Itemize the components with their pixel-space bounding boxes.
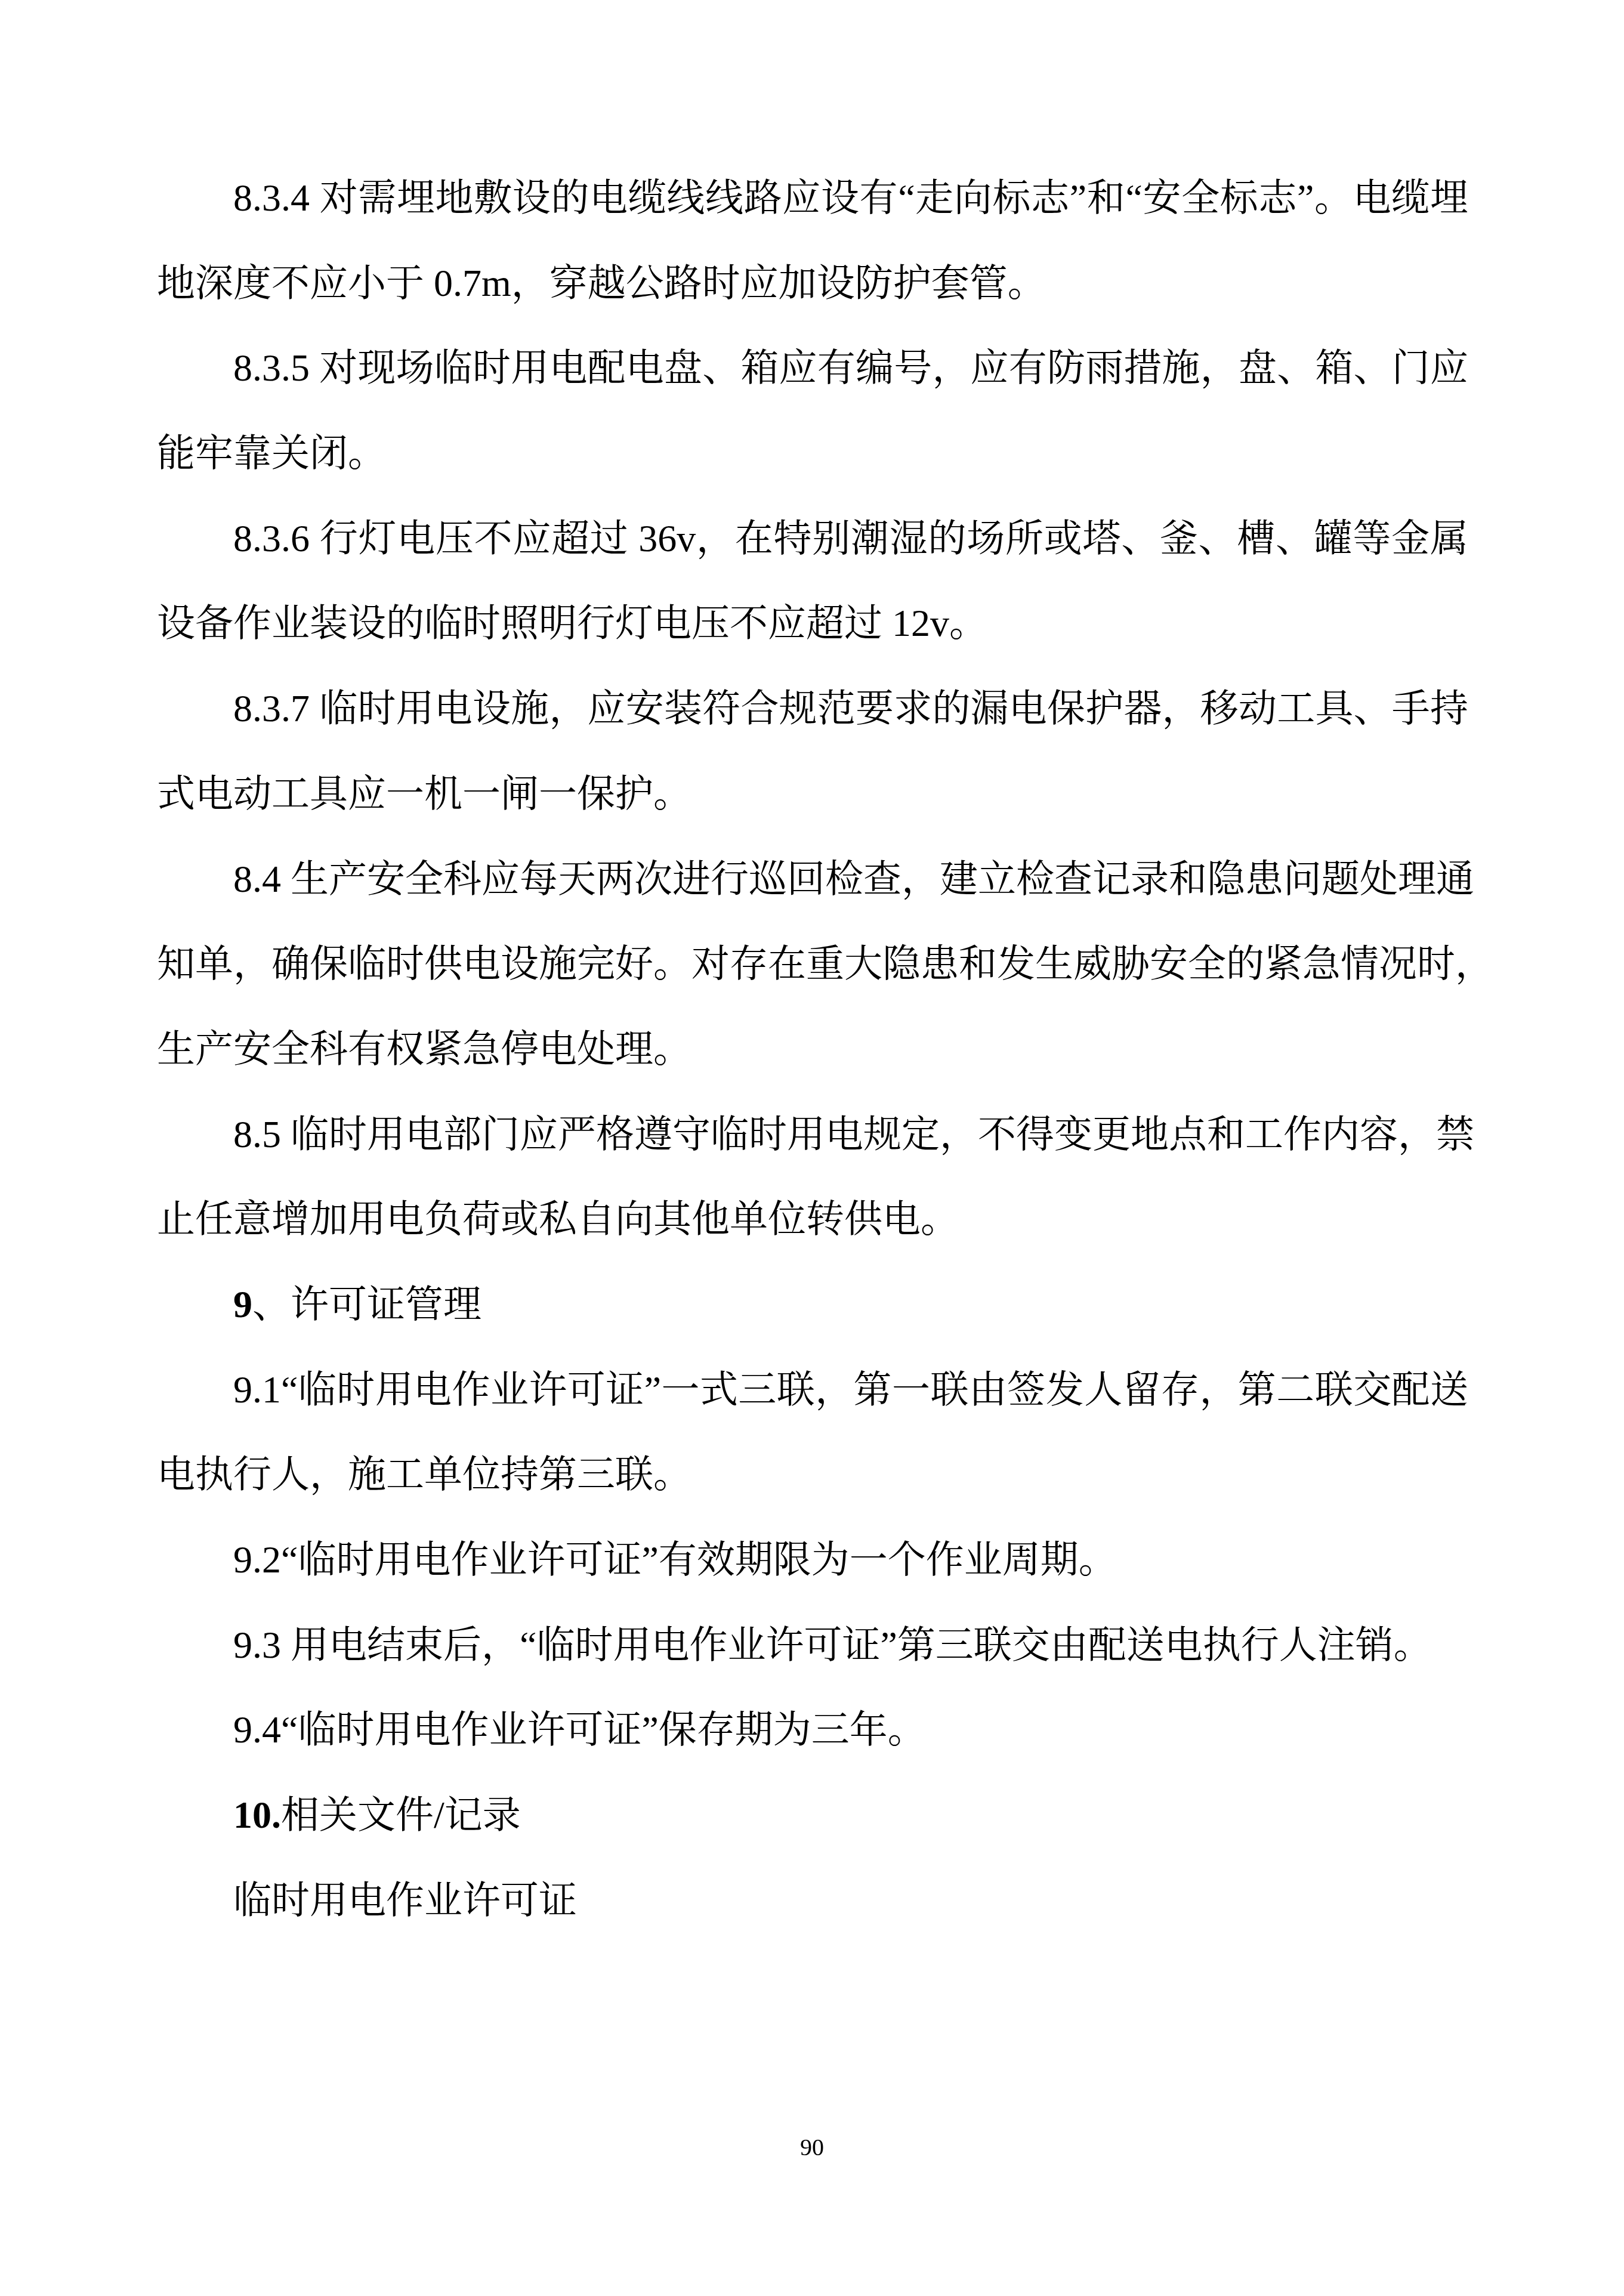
section-title: 相关文件/记录	[281, 1794, 521, 1836]
related-record-item: 临时用电作业许可证	[157, 1858, 1468, 1943]
paragraph-8-3-5: 8.3.5 对现场临时用电配电盘、箱应有编号，应有防雨措施，盘、箱、门应 能牢靠…	[157, 326, 1468, 496]
document-body: 8.3.4 对需埋地敷设的电缆线线路应设有“走向标志”和“安全标志”。电缆埋 地…	[157, 156, 1468, 1943]
paragraph-9-2: 9.2“临时用电作业许可证”有效期限为一个作业周期。	[157, 1518, 1468, 1603]
text-line: 生产安全科有权紧急停电处理。	[157, 1007, 1468, 1092]
text-line: 设备作业装设的临时照明行灯电压不应超过 12v。	[157, 581, 1468, 666]
text-line: 8.3.4 对需埋地敷设的电缆线线路应设有“走向标志”和“安全标志”。电缆埋	[157, 156, 1468, 241]
paragraph-8-3-4: 8.3.4 对需埋地敷设的电缆线线路应设有“走向标志”和“安全标志”。电缆埋 地…	[157, 156, 1468, 326]
section-heading-9: 9、许可证管理	[157, 1262, 1468, 1348]
page-number: 90	[0, 2134, 1624, 2161]
text-line: 止任意增加用电负荷或私自向其他单位转供电。	[157, 1177, 1468, 1262]
section-title: 、许可证管理	[252, 1283, 481, 1325]
paragraph-8-5: 8.5 临时用电部门应严格遵守临时用电规定，不得变更地点和工作内容，禁 止任意增…	[157, 1092, 1468, 1262]
text-line: 能牢靠关闭。	[157, 411, 1468, 496]
paragraph-9-3: 9.3 用电结束后，“临时用电作业许可证”第三联交由配送电执行人注销。	[157, 1603, 1468, 1688]
paragraph-8-3-7: 8.3.7 临时用电设施，应安装符合规范要求的漏电保护器，移动工具、手持 式电动…	[157, 666, 1468, 836]
paragraph-8-4: 8.4 生产安全科应每天两次进行巡回检查，建立检查记录和隐患问题处理通 知单，确…	[157, 837, 1468, 1092]
paragraph-9-1: 9.1“临时用电作业许可证”一式三联，第一联由签发人留存，第二联交配送 电执行人…	[157, 1348, 1468, 1518]
text-line: 电执行人，施工单位持第三联。	[157, 1432, 1468, 1518]
text-line: 式电动工具应一机一闸一保护。	[157, 752, 1468, 837]
text-line: 8.3.7 临时用电设施，应安装符合规范要求的漏电保护器，移动工具、手持	[157, 666, 1468, 752]
paragraph-9-4: 9.4“临时用电作业许可证”保存期为三年。	[157, 1688, 1468, 1773]
text-line: 8.3.5 对现场临时用电配电盘、箱应有编号，应有防雨措施，盘、箱、门应	[157, 326, 1468, 411]
section-heading-10: 10.相关文件/记录	[157, 1773, 1468, 1858]
document-page: 8.3.4 对需埋地敷设的电缆线线路应设有“走向标志”和“安全标志”。电缆埋 地…	[0, 0, 1624, 2296]
text-line: 8.3.6 行灯电压不应超过 36v，在特别潮湿的场所或塔、釜、槽、罐等金属	[157, 496, 1468, 582]
text-line: 地深度不应小于 0.7m，穿越公路时应加设防护套管。	[157, 241, 1468, 326]
section-number: 9	[233, 1283, 252, 1325]
section-number: 10.	[233, 1794, 281, 1836]
text-line: 知单，确保临时供电设施完好。对存在重大隐患和发生威胁安全的紧急情况时，	[157, 922, 1468, 1007]
text-line: 9.1“临时用电作业许可证”一式三联，第一联由签发人留存，第二联交配送	[157, 1348, 1468, 1433]
paragraph-8-3-6: 8.3.6 行灯电压不应超过 36v，在特别潮湿的场所或塔、釜、槽、罐等金属 设…	[157, 496, 1468, 666]
text-line: 8.4 生产安全科应每天两次进行巡回检查，建立检查记录和隐患问题处理通	[157, 837, 1468, 922]
text-line: 8.5 临时用电部门应严格遵守临时用电规定，不得变更地点和工作内容，禁	[157, 1092, 1468, 1178]
